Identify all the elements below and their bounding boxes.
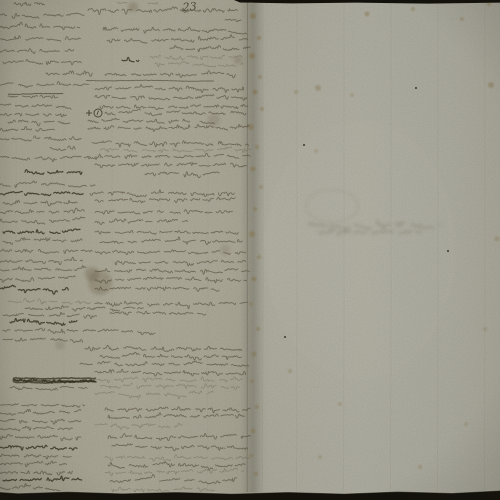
vignette-overlay	[0, 0, 500, 500]
manuscript-scan: 23	[0, 0, 500, 500]
manuscript-svg: 23	[0, 0, 500, 500]
